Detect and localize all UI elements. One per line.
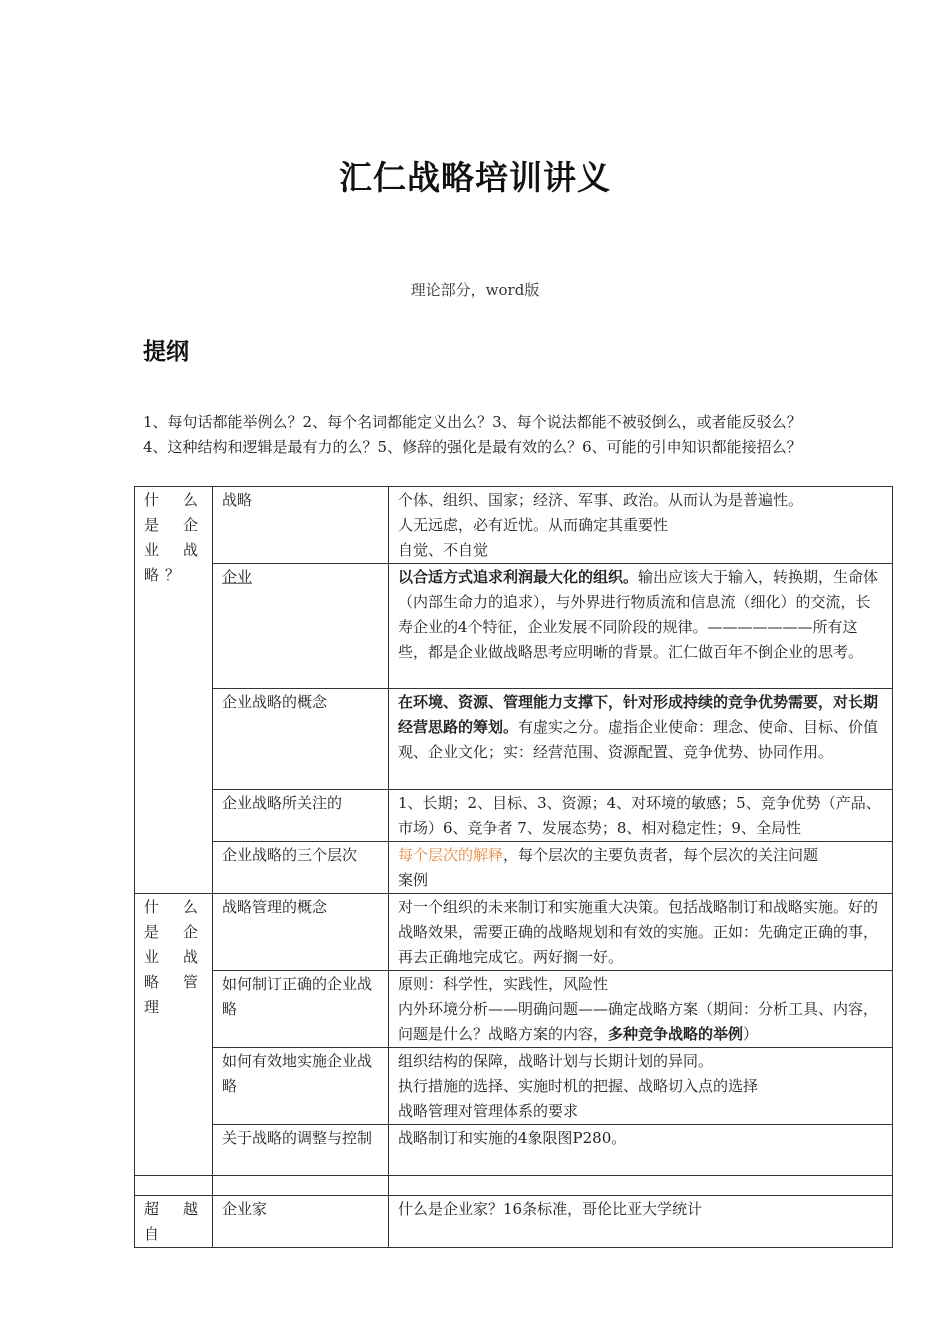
topic-cell: 企业战略的三个层次 [213, 842, 389, 894]
content-line: 原则：科学性，实践性，风险性 [398, 972, 884, 997]
content-cell: 组织结构的保障，战略计划与长期计划的异同。 执行措施的选择、实施时机的把握、战略… [389, 1048, 893, 1125]
content-cell: 什么是企业家？16条标准，哥伦比亚大学统计 [389, 1196, 893, 1248]
topic-cell: 如何制订正确的企业战略 [213, 971, 389, 1048]
topic-link[interactable]: 企业 [222, 568, 252, 586]
document-title: 汇仁战略培训讲义 [0, 152, 950, 199]
section-label [135, 1176, 213, 1196]
content-line: 案例 [398, 868, 884, 893]
content-text-tail: ） [743, 1025, 758, 1043]
table-row: 什么是企业战略管理 战略管理的概念 对一个组织的未来制订和实施重大决策。包括战略… [135, 894, 893, 971]
outline-table: 什么是企业战略？ 战略 个体、组织、国家；经济、军事、政治。从而认为是普遍性。 … [134, 486, 893, 1248]
outline-heading: 提纲 [143, 333, 189, 366]
table-row: 企业战略的三个层次 每个层次的解释，每个层次的主要负责者，每个层次的关注问题 案… [135, 842, 893, 894]
content-cell: 原则：科学性，实践性，风险性 内外环境分析——明确问题——确定战略方案（期间：分… [389, 971, 893, 1048]
topic-cell: 企业 [213, 564, 389, 689]
highlighted-text: 每个层次的解释 [398, 846, 503, 864]
content-line: 自觉、不自觉 [398, 538, 884, 563]
topic-cell: 关于战略的调整与控制 [213, 1125, 389, 1176]
content-cell: 以合适方式追求利润最大化的组织。输出应该大于输入，转换期，生命体（内部生命力的追… [389, 564, 893, 689]
table-row: 如何制订正确的企业战略 原则：科学性，实践性，风险性 内外环境分析——明确问题—… [135, 971, 893, 1048]
table-row: 企业战略所关注的 1、长期；2、目标、3、资源；4、对环境的敏感；5、竞争优势（… [135, 790, 893, 842]
table-row: 超越自 企业家 什么是企业家？16条标准，哥伦比亚大学统计 [135, 1196, 893, 1248]
topic-cell: 企业战略的概念 [213, 689, 389, 790]
table-row: 什么是企业战略？ 战略 个体、组织、国家；经济、军事、政治。从而认为是普遍性。 … [135, 487, 893, 564]
table-row: 企业 以合适方式追求利润最大化的组织。输出应该大于输入，转换期，生命体（内部生命… [135, 564, 893, 689]
section-label: 什么是企业战略管理 [135, 894, 213, 1176]
bold-definition: 以合适方式追求利润最大化的组织。 [398, 568, 638, 586]
content-line: 个体、组织、国家；经济、军事、政治。从而认为是普遍性。 [398, 488, 884, 513]
topic-cell: 企业战略所关注的 [213, 790, 389, 842]
intro-paragraph: 1、每句话都能举例么？2、每个名词都能定义出么？3、每个说法都能不被驳倒么，或者… [143, 410, 808, 460]
content-cell: 个体、组织、国家；经济、军事、政治。从而认为是普遍性。 人无远虑，必有近忧。从而… [389, 487, 893, 564]
topic-cell: 战略管理的概念 [213, 894, 389, 971]
section-label: 什么是企业战略？ [135, 487, 213, 894]
table-row: 企业战略的概念 在环境、资源、管理能力支撑下，针对形成持续的竞争优势需要，对长期… [135, 689, 893, 790]
table-row: 如何有效地实施企业战略 组织结构的保障，战略计划与长期计划的异同。 执行措施的选… [135, 1048, 893, 1125]
content-line: 战略管理对管理体系的要求 [398, 1099, 884, 1124]
content-cell [389, 1176, 893, 1196]
section-label: 超越自 [135, 1196, 213, 1248]
topic-cell: 如何有效地实施企业战略 [213, 1048, 389, 1125]
content-cell: 战略制订和实施的4象限图P280。 [389, 1125, 893, 1176]
content-cell: 对一个组织的未来制订和实施重大决策。包括战略制订和战略实施。好的战略效果，需要正… [389, 894, 893, 971]
content-cell: 在环境、资源、管理能力支撑下，针对形成持续的竞争优势需要，对长期经营思路的筹划。… [389, 689, 893, 790]
topic-cell: 企业家 [213, 1196, 389, 1248]
content-line: 执行措施的选择、实施时机的把握、战略切入点的选择 [398, 1074, 884, 1099]
bold-text: 多种竞争战略的举例 [608, 1025, 743, 1043]
document-subtitle: 理论部分，word版 [0, 279, 950, 300]
content-cell: 1、长期；2、目标、3、资源；4、对环境的敏感；5、竞争优势（产品、市场）6、竞… [389, 790, 893, 842]
table-row-empty [135, 1176, 893, 1196]
table-row: 关于战略的调整与控制 战略制订和实施的4象限图P280。 [135, 1125, 893, 1176]
content-line: 人无远虑，必有近忧。从而确定其重要性 [398, 513, 884, 538]
content-cell: 每个层次的解释，每个层次的主要负责者，每个层次的关注问题 案例 [389, 842, 893, 894]
content-text: ，每个层次的主要负责者，每个层次的关注问题 [503, 846, 818, 864]
content-line: 组织结构的保障，战略计划与长期计划的异同。 [398, 1049, 884, 1074]
topic-cell [213, 1176, 389, 1196]
topic-cell: 战略 [213, 487, 389, 564]
